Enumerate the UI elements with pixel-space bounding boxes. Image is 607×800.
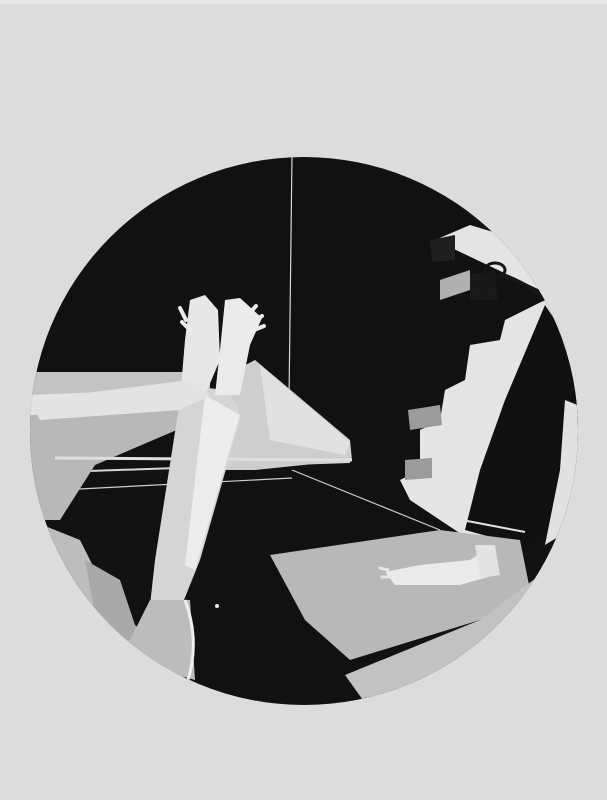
artwork-canvas (0, 0, 607, 800)
